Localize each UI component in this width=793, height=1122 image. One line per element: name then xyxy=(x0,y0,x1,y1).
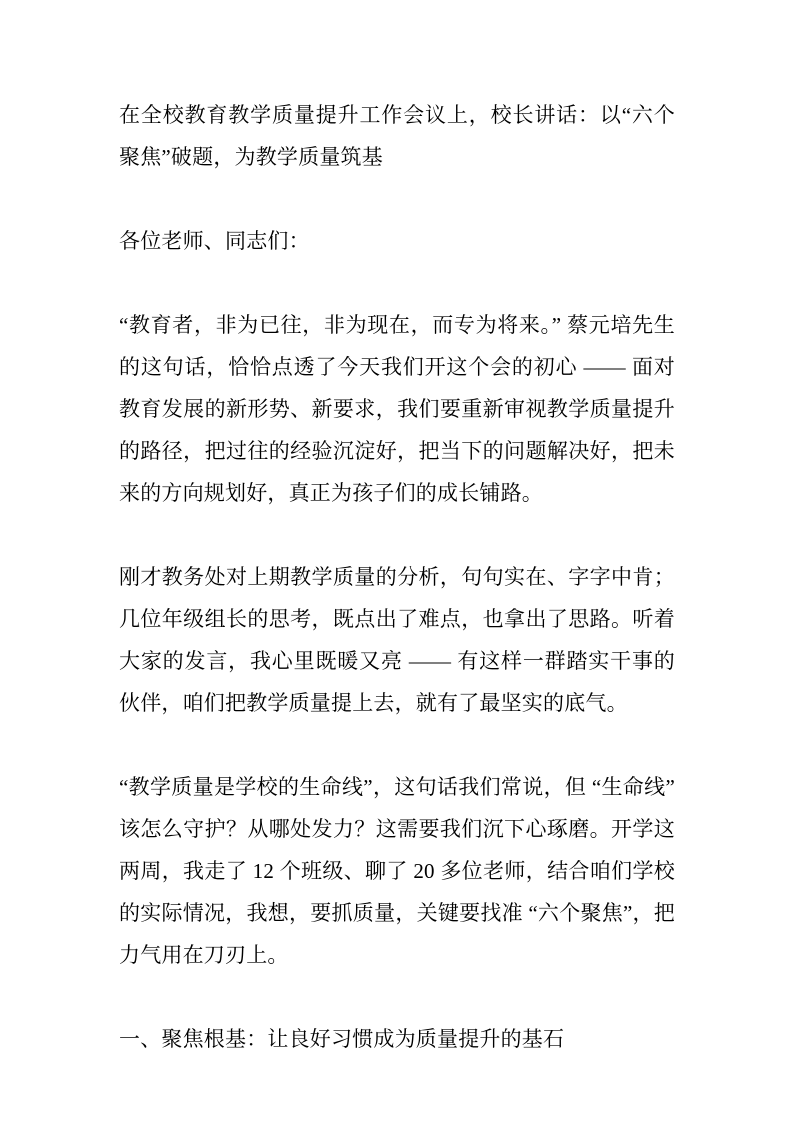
paragraph-opening-quote: “教育者，非为已往，非为现在，而专为将来。” 蔡元培先生的这句话，恰恰点透了今天… xyxy=(119,304,675,514)
salutation: 各位老师、同志们： xyxy=(119,220,675,262)
paragraph-six-focus-intro: “教学质量是学校的生命线”，这句话我们常说，但 “生命线” 该怎么守护？从哪处发… xyxy=(119,766,675,976)
paragraph-acknowledgement: 刚才教务处对上期教学质量的分析，句句实在、字字中肯；几位年级组长的思考，既点出了… xyxy=(119,556,675,724)
document-title: 在全校教育教学质量提升工作会议上，校长讲话：以“六个聚焦”破题，为教学质量筑基 xyxy=(119,94,675,178)
section-heading-1: 一、聚焦根基：让良好习惯成为质量提升的基石 xyxy=(119,1018,675,1060)
document-page: 在全校教育教学质量提升工作会议上，校长讲话：以“六个聚焦”破题，为教学质量筑基 … xyxy=(0,0,793,1122)
